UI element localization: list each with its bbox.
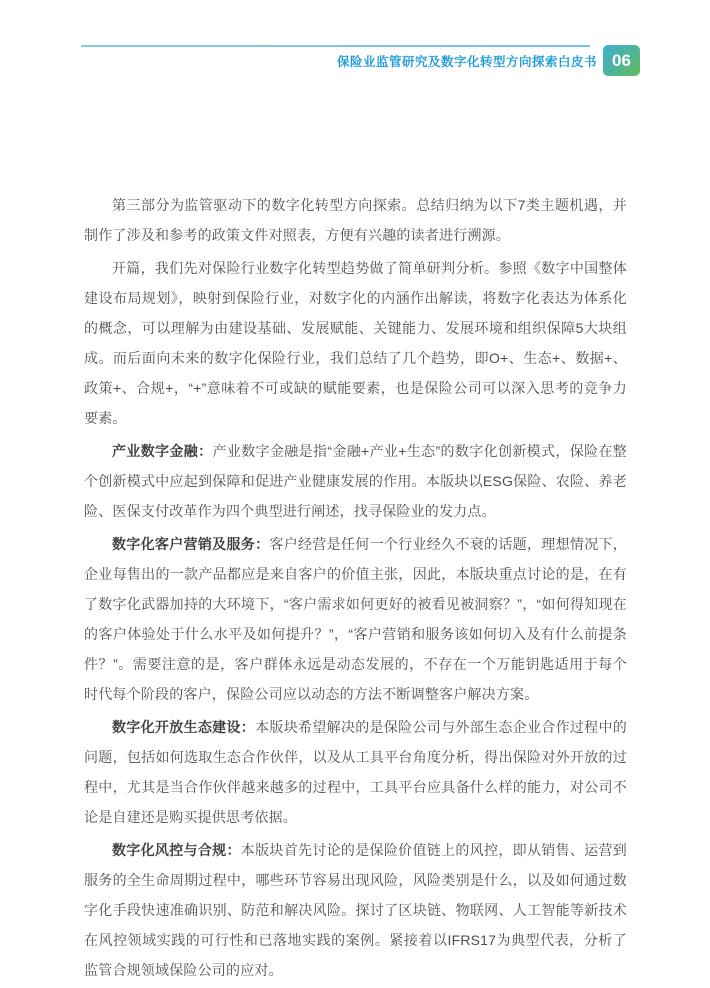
paragraph-lead: 数字化风控与合规： (112, 842, 241, 858)
paragraph: 产业数字金融：产业数字金融是指“金融+产业+生态”的数字化创新模式，保险在整个创… (84, 436, 627, 526)
paragraph: 第三部分为监管驱动下的数字化转型方向探索。总结归纳为以下7类主题机遇，并制作了涉… (84, 190, 627, 250)
header-title: 保险业监管研究及数字化转型方向探索白皮书 (337, 52, 597, 70)
paragraph-lead: 数字化开放生态建设： (112, 719, 255, 735)
paragraph: 数字化开放生态建设：本版块希望解决的是保险公司与外部生态企业合作过程中的问题，包… (84, 712, 627, 832)
paragraph-text: 开篇，我们先对保险行业数字化转型趋势做了简单研判分析。参照《数字中国整体建设布局… (84, 260, 627, 426)
paragraph: 数字化风控与合规：本版块首先讨论的是保险价值链上的风控，即从销售、运营到服务的全… (84, 835, 627, 985)
paragraph-text: 本版块首先讨论的是保险价值链上的风控，即从销售、运营到服务的全生命周期过程中，哪… (84, 842, 627, 978)
document-page: 保险业监管研究及数字化转型方向探索白皮书 06 第三部分为监管驱动下的数字化转型… (0, 0, 710, 988)
paragraph-text: 第三部分为监管驱动下的数字化转型方向探索。总结归纳为以下7类主题机遇，并制作了涉… (84, 197, 627, 243)
paragraph-text: 客户经营是任何一个行业经久不衰的话题，理想情况下，企业每售出的一款产品都应是来自… (84, 536, 627, 702)
paragraph: 数字化客户营销及服务：客户经营是任何一个行业经久不衰的话题，理想情况下，企业每售… (84, 529, 627, 709)
paragraph-lead: 产业数字金融： (112, 443, 212, 459)
page-number-badge: 06 (603, 45, 640, 76)
paragraph: 开篇，我们先对保险行业数字化转型趋势做了简单研判分析。参照《数字中国整体建设布局… (84, 253, 627, 433)
header-divider-line (81, 45, 590, 47)
paragraph-lead: 数字化客户营销及服务： (112, 536, 269, 552)
body-text: 第三部分为监管驱动下的数字化转型方向探索。总结归纳为以下7类主题机遇，并制作了涉… (84, 190, 627, 988)
